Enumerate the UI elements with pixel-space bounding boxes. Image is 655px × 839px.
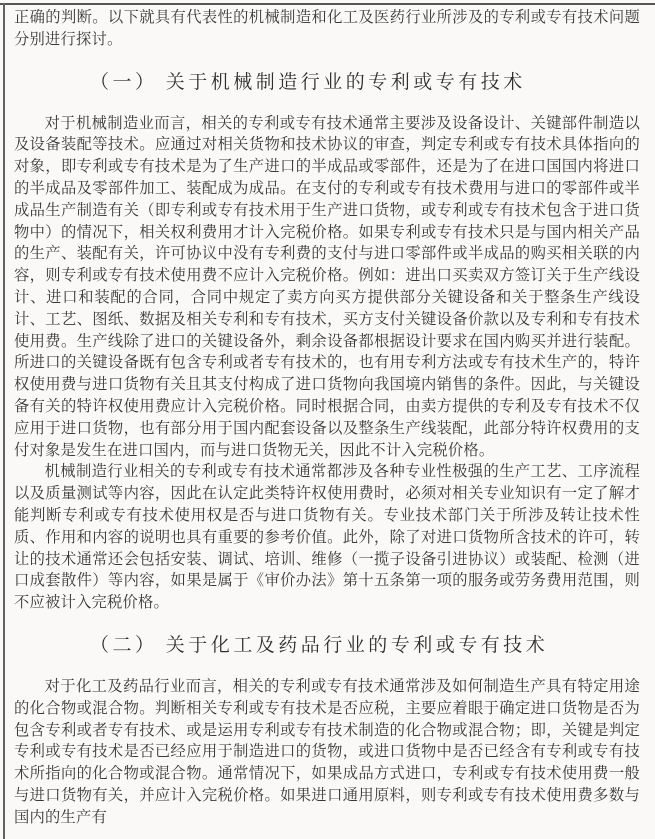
intro-continuation-paragraph: 正确的判断。以下就具有代表性的机械制造和化工及医药行业所涉及的专利或专有技术问题… (14, 7, 640, 51)
section-heading-machinery: （一） 关于机械制造行业的专利或专有技术 (90, 70, 640, 96)
paragraph-machinery-2: 机械制造行业相关的专利或专有技术通常都涉及各种专业性极强的生产工艺、工序流程以及… (14, 461, 640, 614)
page-content: 正确的判断。以下就具有代表性的机械制造和化工及医药行业所涉及的专利或专有技术问题… (5, 5, 655, 839)
scanned-document-page: 正确的判断。以下就具有代表性的机械制造和化工及医药行业所涉及的专利或专有技术问题… (0, 0, 655, 839)
section-heading-chemical-pharma: （二） 关于化工及药品行业的专利或专有技术 (90, 633, 640, 659)
paragraph-machinery-1: 对于机械制造业而言，相关的专利或专有技术通常主要涉及设备设计、关键部件制造以及设… (14, 113, 640, 462)
paragraph-chemical-pharma-1: 对于化工及药品行业而言，相关的专利或专有技术通常涉及如何制造生产具有特定用途的化… (14, 676, 640, 829)
